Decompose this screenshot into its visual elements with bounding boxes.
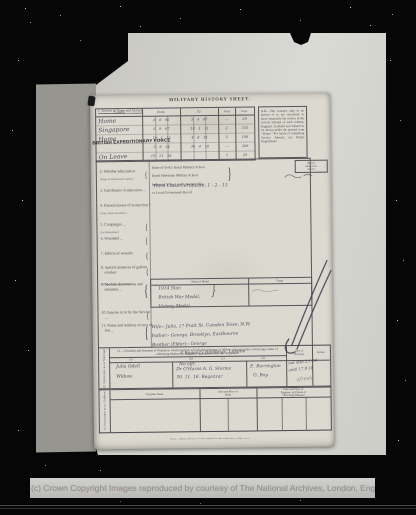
service-days: 198 bbox=[241, 135, 248, 139]
service-from: 5 8 14 bbox=[153, 145, 169, 149]
item-6-number: 6. bbox=[101, 236, 104, 240]
item-5-label: Campaigns ... bbox=[104, 222, 125, 227]
item-4-note: (State where and when.) bbox=[100, 212, 148, 216]
next-of-kin-line: Wife:- Julia, 17 Pratt St. Camden Town, … bbox=[151, 321, 250, 329]
bride-name: Julia Odell bbox=[116, 364, 140, 369]
column-letter-a: (a) bbox=[129, 358, 132, 361]
service-to: 30 4 18 bbox=[190, 145, 208, 149]
item-4-label: Passed classes of instruction ? bbox=[104, 203, 150, 208]
item-9-number: 9. bbox=[101, 282, 104, 286]
paper-backing-left-edge bbox=[36, 83, 96, 452]
pencil-annotation: afresh bbox=[296, 376, 312, 383]
item-5-number: 5. bbox=[100, 222, 103, 226]
brace-glyph: { bbox=[146, 267, 149, 277]
next-of-kin-line: Father:- George, Brooklyn, Eastbourne bbox=[152, 330, 251, 338]
brace-glyph: { bbox=[144, 283, 149, 301]
item-7: 7. Effects of wounds bbox=[101, 251, 149, 260]
grid-line bbox=[228, 398, 229, 431]
item-7-number: 7. bbox=[101, 251, 104, 255]
column-header-days: Days bbox=[242, 110, 248, 113]
item-8-label: Special instances of gallant conduct bbox=[104, 265, 147, 275]
questions-section: 2. Whether educated at (Name of School t… bbox=[96, 158, 313, 349]
medal-entry: 1914 Star, bbox=[158, 285, 200, 290]
service-to: 18 1 11 bbox=[190, 127, 208, 131]
nb-note-box: N.B.—The Country only to be shown—it is … bbox=[258, 106, 308, 159]
brace-glyph: { bbox=[144, 170, 147, 180]
witness-1: E. Burrington bbox=[250, 363, 281, 368]
marriage-minister: Dr O'Haras A. G. Storms bbox=[176, 366, 231, 372]
item-2: 2. Whether educated at (Name of School t… bbox=[100, 169, 148, 186]
service-days: 29 bbox=[242, 117, 247, 121]
item-4-number: 4. bbox=[100, 203, 103, 207]
service-from: 6 9 07 bbox=[153, 127, 169, 131]
service-days: 335 bbox=[241, 126, 248, 130]
item-7-label: Effects of wounds bbox=[105, 251, 133, 256]
nb-note-text: N.B.—The Country only to be shown—it is … bbox=[261, 109, 304, 144]
marriage-office-box: Date of Marriage bbox=[286, 346, 312, 360]
service-years: — bbox=[225, 144, 229, 148]
scan-edge-line bbox=[0, 505, 416, 506]
medal-entry: British War Medal, bbox=[158, 294, 200, 299]
medal-entries: 1914 Star, British War Medal, Victory Me… bbox=[158, 285, 235, 313]
column-header-country: Country bbox=[113, 111, 125, 115]
item-2-label: Whether educated at bbox=[104, 169, 136, 174]
column-header-to: To bbox=[197, 110, 201, 114]
item-10-label: Injuries in or by the Service ... bbox=[105, 310, 150, 320]
school-option: Duke of York's Royal Military School bbox=[152, 164, 258, 169]
page-title: MILITARY HISTORY SHEET. bbox=[156, 96, 264, 102]
marriage-side-label: 12. Particulars as to Marriage bbox=[102, 348, 106, 388]
grid-line bbox=[172, 361, 173, 388]
scan-edge-line bbox=[0, 508, 416, 509]
column-letter-b: (b) bbox=[190, 358, 193, 361]
marriage-section: 12. Particulars as to Marriage 12.—Chris… bbox=[98, 345, 331, 390]
copyright-watermark-text: (c) Crown Copyright Images reproduced by… bbox=[31, 483, 375, 493]
service-from: 8 8 06 bbox=[153, 118, 169, 122]
service-years: 3 bbox=[226, 153, 228, 157]
item-3-answer: Third Class Certificate, 1 - 2 - 13 bbox=[153, 182, 302, 194]
children-section: 13. Particulars as to Children Christian… bbox=[98, 387, 332, 434]
scanned-document-page: 1. Service at Home and Abroad. MILITARY … bbox=[0, 0, 416, 515]
office-note: until 17.9.18 bbox=[288, 366, 313, 373]
item-5-note: (including dates) bbox=[101, 231, 149, 235]
column-letter-d: (d) bbox=[262, 357, 265, 360]
children-header-name: Christian Name bbox=[109, 389, 199, 399]
children-header-birth: Date and Place of Birth bbox=[199, 388, 256, 398]
copyright-watermark-bar: (c) Crown Copyright Images reproduced by… bbox=[30, 478, 375, 498]
column-letter-c: (c) bbox=[221, 357, 224, 360]
brace-glyph: } bbox=[227, 166, 232, 184]
service-days: 25 bbox=[243, 153, 248, 157]
children-header-baptism: Date and Place of Baptism, and Name of O… bbox=[256, 388, 330, 398]
brace-glyph: } bbox=[211, 283, 217, 299]
item-6-label: Wounded ... bbox=[104, 236, 123, 241]
item-6: 6. Wounded ... bbox=[101, 236, 149, 245]
service-years: — bbox=[225, 117, 229, 121]
brace-glyph: { bbox=[145, 236, 148, 246]
service-years: 3 bbox=[226, 135, 228, 139]
marriage-header: 12.—Christian and Surname of Woman to wh… bbox=[111, 347, 284, 357]
marriage-initials-box: Initials bbox=[312, 346, 330, 360]
item-8-number: 8. bbox=[101, 265, 104, 269]
item-3-number: 3. bbox=[100, 188, 103, 192]
service-country: Home bbox=[98, 117, 116, 125]
brace-glyph: { bbox=[145, 251, 148, 261]
service-to: 5 9 07 bbox=[191, 118, 207, 122]
item-9: 9. Medals, decorations and annuities ... bbox=[101, 282, 149, 300]
grid-line bbox=[246, 360, 247, 387]
form-footnote: Note.—These entries are to be made from … bbox=[109, 432, 312, 440]
item-9-label: Medals, decorations and annuities ... bbox=[104, 282, 142, 292]
military-history-sheet: 1. Service at Home and Abroad. MILITARY … bbox=[90, 93, 334, 450]
item-2-note: (Name of School to be stated.) bbox=[100, 178, 148, 182]
marriage-side-label-cell: 12. Particulars as to Marriage bbox=[99, 348, 110, 388]
item-11: 11. Name and Address of next of kin ... bbox=[102, 323, 150, 341]
item-3-label: Certificates of education ... bbox=[104, 188, 146, 193]
service-country: Singapore bbox=[98, 125, 129, 133]
item-2-number: 2. bbox=[100, 169, 103, 173]
service-from: 19 11 18 bbox=[151, 154, 172, 158]
column-header-from: From bbox=[157, 110, 165, 114]
item-11-number: 11. bbox=[102, 323, 107, 327]
brace-glyph: { bbox=[145, 222, 148, 232]
item-10-number: 10. bbox=[101, 310, 106, 314]
item-4: 4. Passed classes of instruction ? (Stat… bbox=[100, 203, 148, 220]
bride-status: Widow. bbox=[116, 374, 132, 379]
binding-clip-mark bbox=[87, 96, 95, 107]
column-header-years: Years bbox=[223, 110, 229, 113]
item-3: 3. Certificates of education ... bbox=[100, 188, 148, 197]
film-speckles bbox=[0, 0, 1, 1]
grid-line bbox=[306, 397, 307, 430]
service-years: 2 bbox=[226, 126, 228, 130]
brace-glyph: { bbox=[146, 311, 149, 321]
marriage-date: 30. 11. 18. Registrar bbox=[176, 374, 222, 380]
brace-glyph: { bbox=[144, 325, 149, 343]
service-to: 4 8 14 bbox=[191, 136, 207, 140]
school-option: Royal Hibernian Military School bbox=[152, 173, 258, 178]
witness-2: G. Boy. bbox=[253, 372, 268, 377]
medal-entry: Victory Medal bbox=[158, 303, 200, 308]
clasps-header: Clasps bbox=[248, 278, 311, 284]
grid-line bbox=[282, 397, 283, 430]
medals-table: Name of Medal Clasps 1914 Star, British … bbox=[150, 277, 312, 308]
service-days: 268 bbox=[242, 144, 249, 148]
service-table: Country From To Years Days Home 8 8 06 5… bbox=[95, 106, 256, 162]
children-side-label: 13. Particulars as to Children bbox=[103, 392, 107, 431]
